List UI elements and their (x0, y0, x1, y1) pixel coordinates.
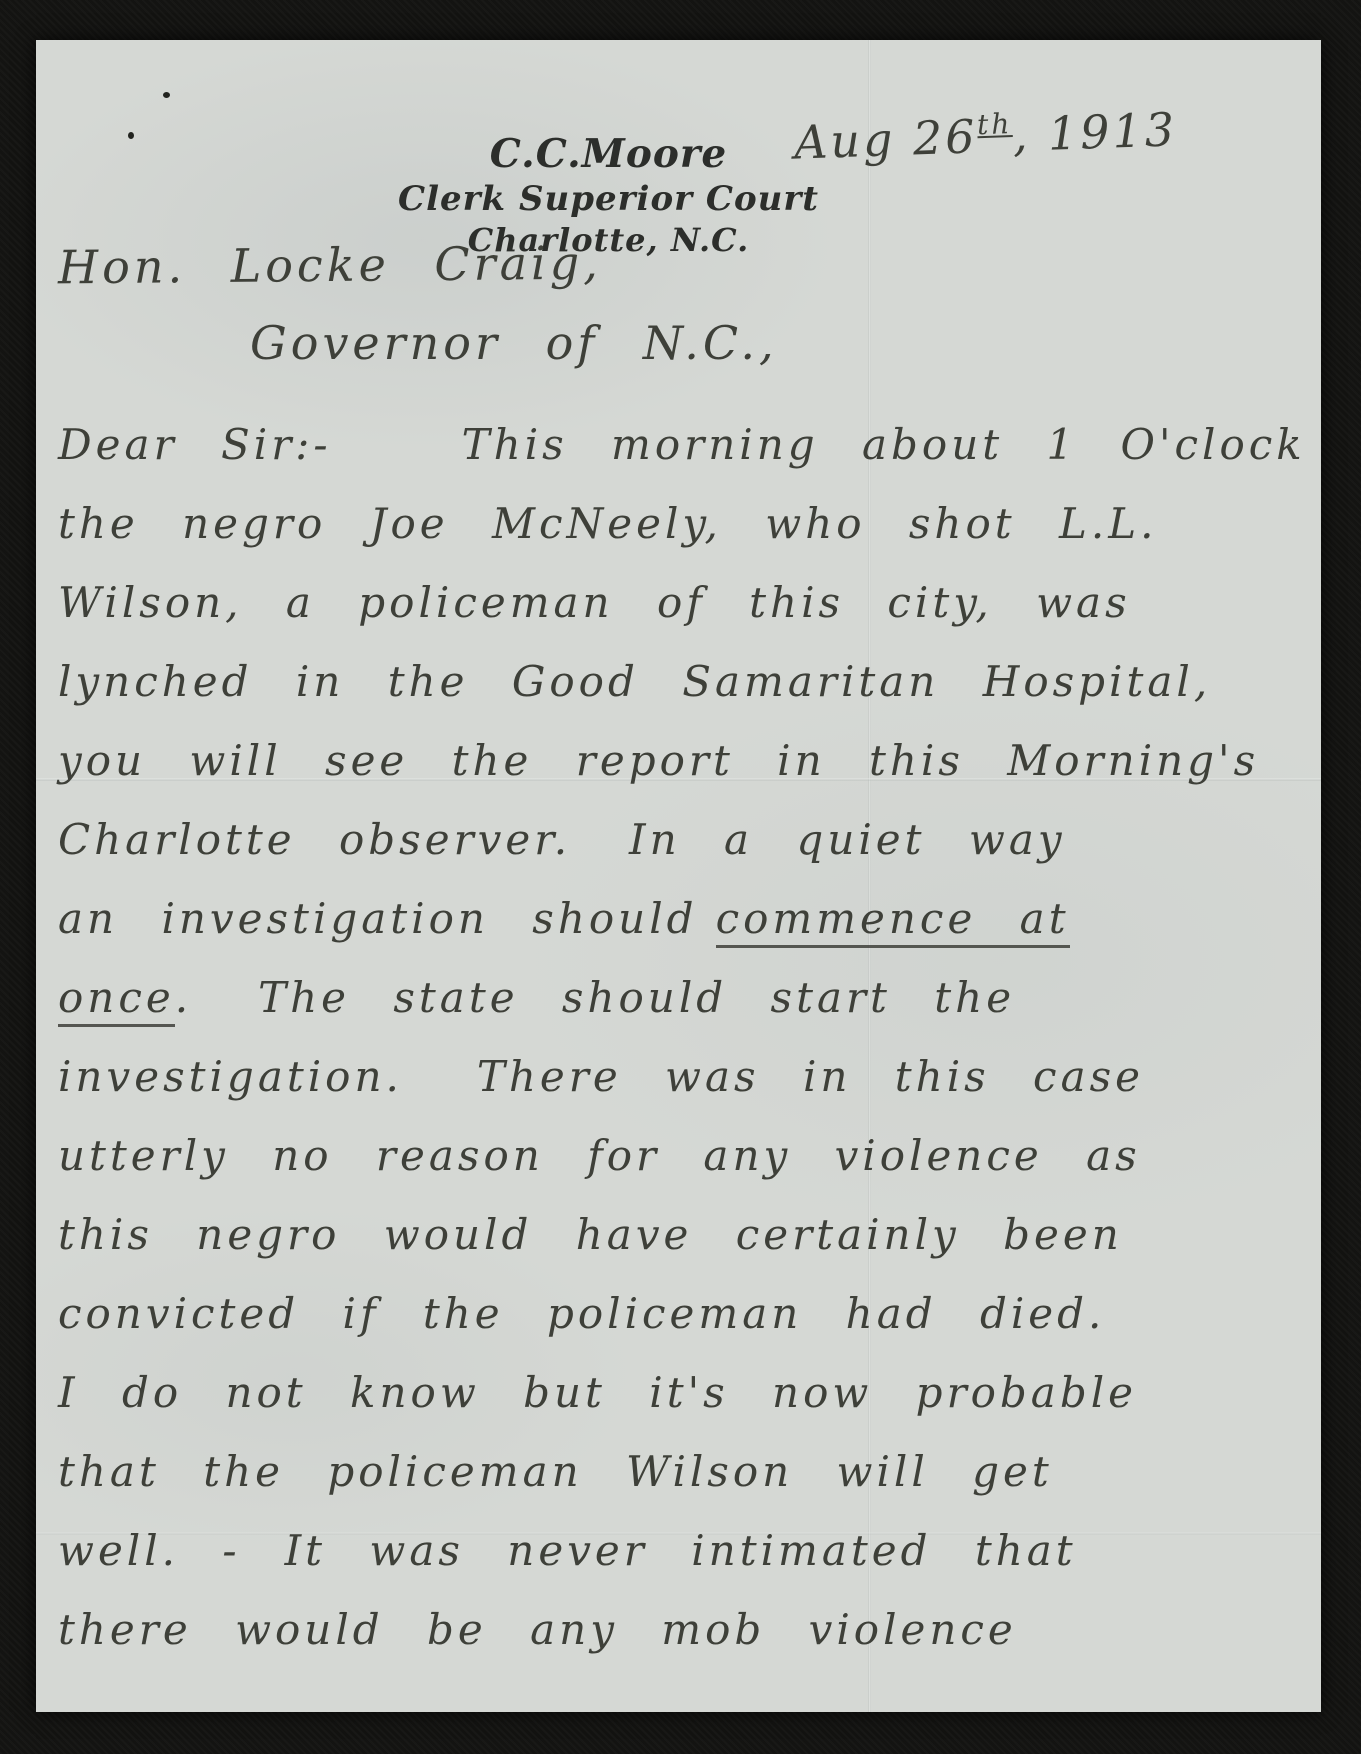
body-segment: you will see the report in this Morning'… (58, 736, 1259, 785)
body-segment: there would be any mob violence (58, 1605, 1017, 1654)
body-segment: convicted if the policeman had died. (58, 1289, 1105, 1338)
body-segment: Charlotte observer. (58, 815, 571, 864)
body-segment: utterly no reason for any violence as (58, 1131, 1141, 1180)
body-segment: this negro would have certainly been (58, 1210, 1123, 1259)
body-segment: In a quiet way (629, 815, 1066, 864)
body-segment: Wilson, a policeman of this city, was (58, 578, 1131, 627)
body-segment: I do not know but it's now probable (58, 1368, 1137, 1417)
body-line: Charlotte observer.In a quiet way (58, 815, 1311, 894)
letter-page: C.C.Moore Clerk Superior Court Charlotte… (36, 40, 1321, 1712)
body-segment: an investigation should (58, 894, 698, 943)
body-segment: lynched in the Good Samaritan Hospital, (58, 657, 1211, 706)
body-line: the negro Joe McNeely, who shot L.L. (58, 499, 1311, 578)
body-segment: The state should start the (258, 973, 1015, 1022)
body-line: utterly no reason for any violence as (58, 1131, 1311, 1210)
body-segment: . (175, 973, 192, 1022)
body-line: well. -It was never intimated that (58, 1526, 1311, 1605)
body-segment: There was in this case (477, 1052, 1144, 1101)
body-segment: investigation. (58, 1052, 403, 1101)
body-segment: This morning about 1 O'clock (462, 420, 1306, 469)
body-segment: commence at (716, 894, 1070, 948)
body-line: there would be any mob violence (58, 1605, 1311, 1684)
body-segment: once (58, 973, 175, 1027)
body-segment: that the policeman Wilson will get (58, 1447, 1053, 1496)
paper-speck (163, 92, 170, 98)
body-line: that the policeman Wilson will get (58, 1447, 1311, 1526)
body-line: Wilson, a policeman of this city, was (58, 578, 1311, 657)
recipient-name: Hon. Locke Craig, (58, 236, 602, 295)
body-line: an investigation shouldcommence at (58, 894, 1311, 973)
letterhead-title: Clerk Superior Court (36, 178, 1251, 220)
date-prefix: Aug 26 (793, 109, 978, 169)
body-line: I do not know but it's now probable (58, 1368, 1311, 1447)
body-line: Dear Sir:-This morning about 1 O'clock (58, 420, 1311, 499)
letter-body: Dear Sir:-This morning about 1 O'clockth… (58, 420, 1311, 1684)
body-line: you will see the report in this Morning'… (58, 736, 1311, 815)
salutation: Dear Sir:- (58, 420, 332, 469)
body-line: this negro would have certainly been (58, 1210, 1311, 1289)
date-ordinal: th (976, 107, 1012, 141)
scan-background: C.C.Moore Clerk Superior Court Charlotte… (0, 0, 1361, 1754)
body-line: lynched in the Good Samaritan Hospital, (58, 657, 1311, 736)
body-segment: It was never intimated that (285, 1526, 1077, 1575)
body-segment: the negro Joe McNeely, who shot L.L. (58, 499, 1157, 548)
body-line: convicted if the policeman had died. (58, 1289, 1311, 1368)
recipient-title: Governor of N.C., (250, 316, 778, 370)
body-line: once.The state should start the (58, 973, 1311, 1052)
body-segment: well. - (58, 1526, 241, 1575)
body-line: investigation.There was in this case (58, 1052, 1311, 1131)
date-suffix: , 1913 (1012, 102, 1178, 162)
